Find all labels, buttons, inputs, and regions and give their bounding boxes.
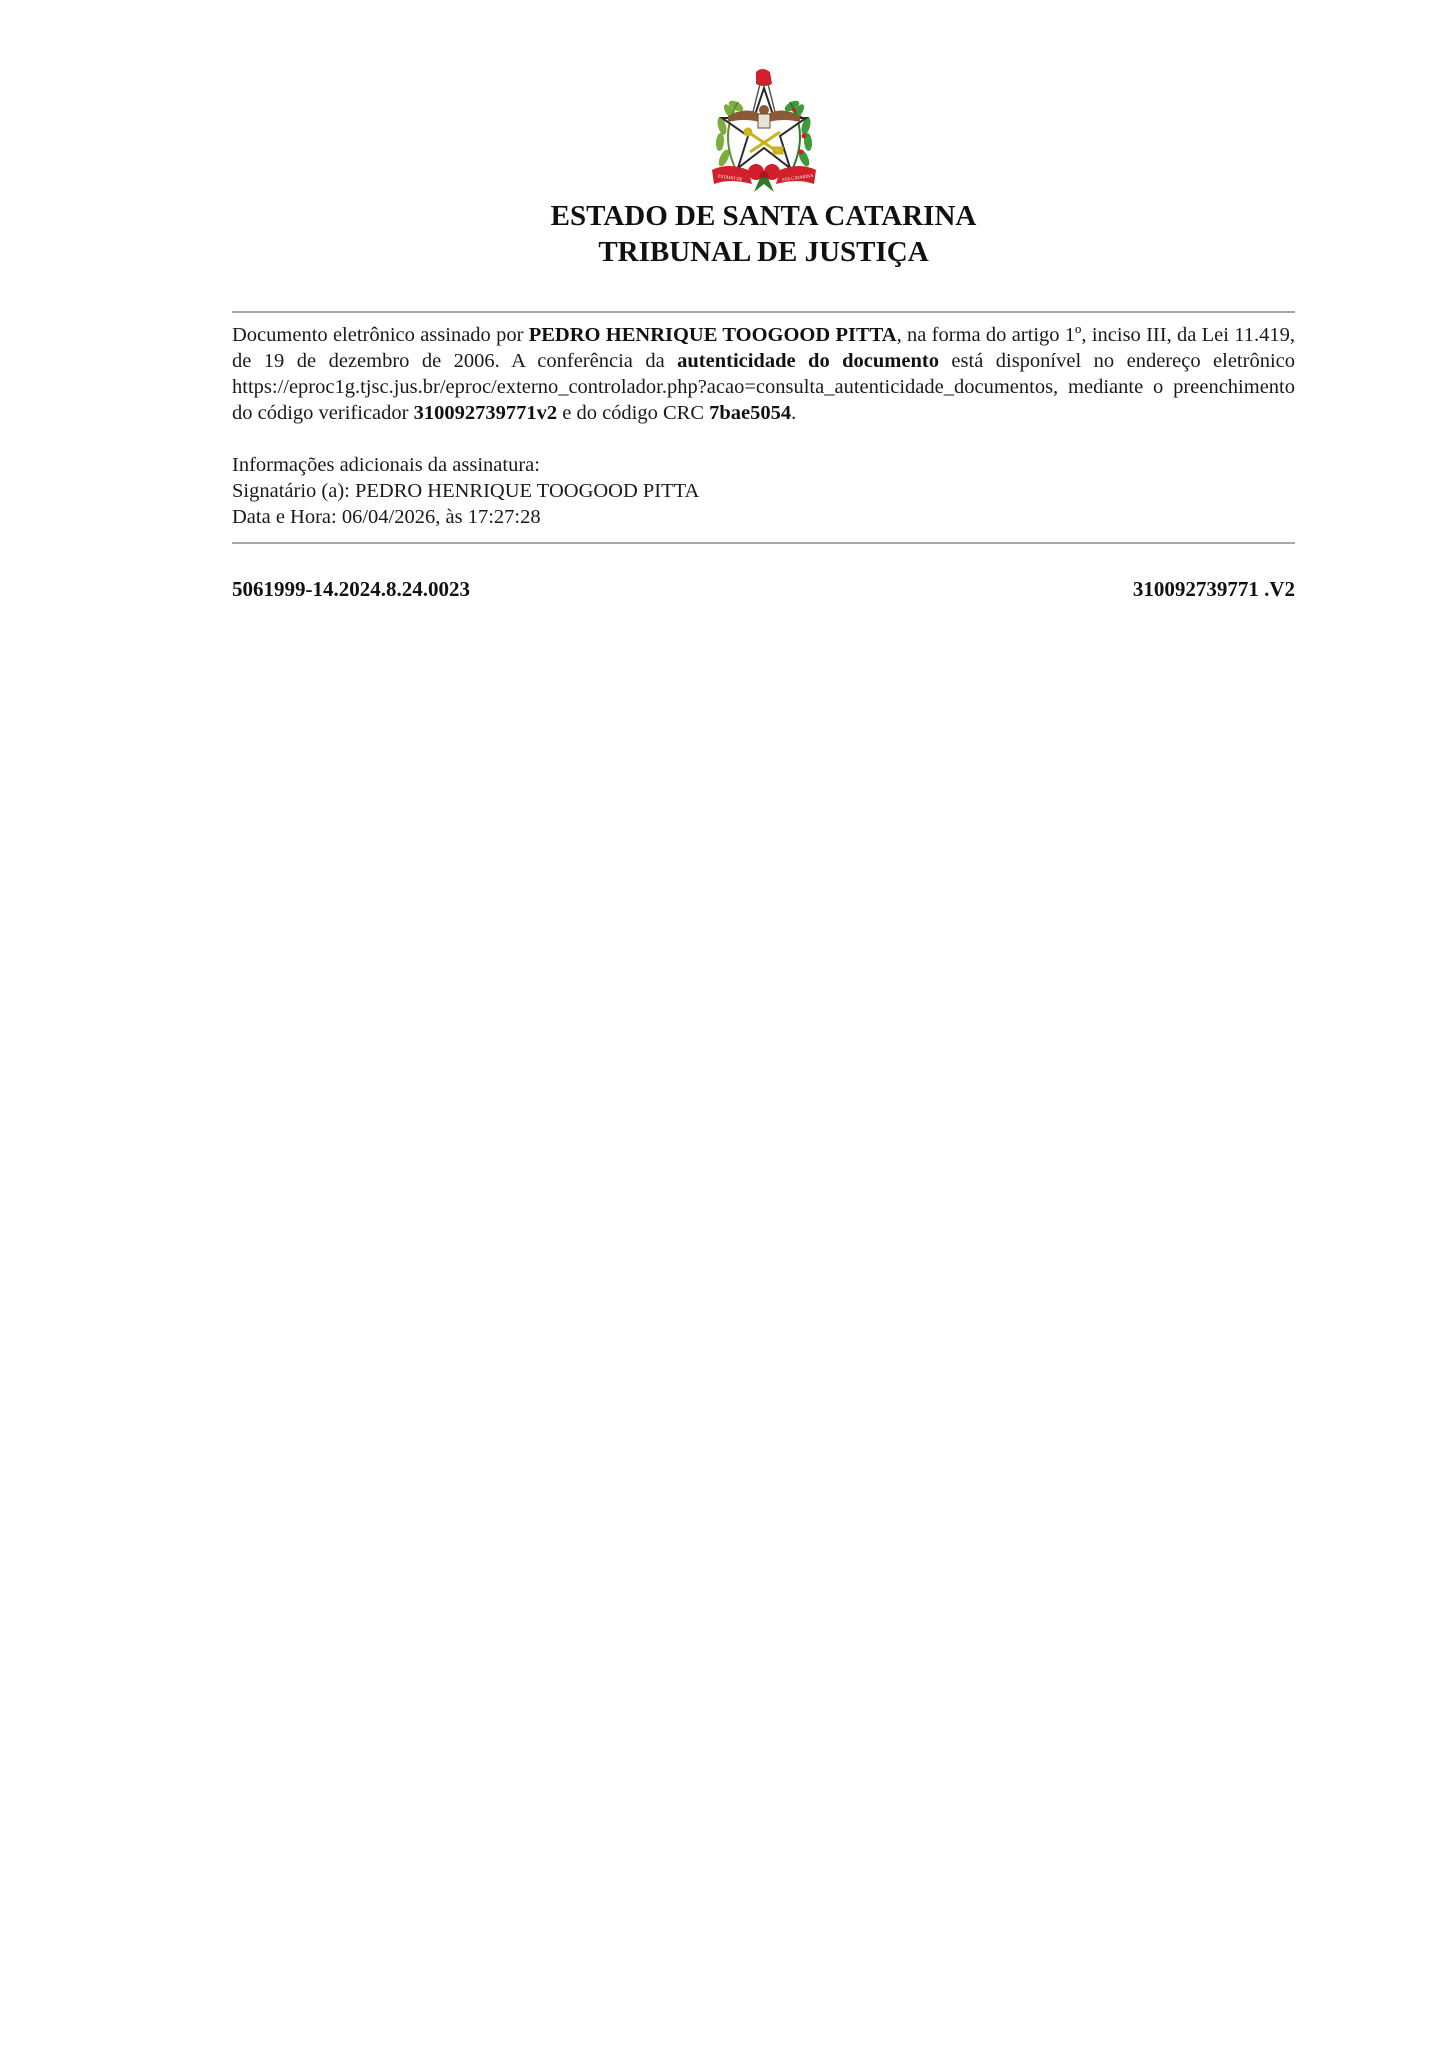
additional-signature-info: Informações adicionais da assinatura: Si… (232, 452, 699, 530)
notice-text-1: Documento eletrônico assinado por (232, 324, 529, 346)
additional-info-title: Informações adicionais da assinatura: (232, 452, 699, 478)
notice-text-4: e do código CRC (557, 402, 709, 424)
document-heading: ESTADO DE SANTA CATARINA TRIBUNAL DE JUS… (232, 198, 1295, 270)
signer-name: PEDRO HENRIQUE TOOGOOD PITTA (529, 324, 897, 346)
crc-code: 7bae5054 (709, 402, 791, 424)
phrygian-cap (756, 69, 772, 86)
signature-notice: Documento eletrônico assinado por PEDRO … (232, 322, 1295, 426)
document-code: 310092739771 .V2 (1133, 577, 1295, 602)
ribbon: ESTADO DE STA CATARINA (712, 164, 816, 192)
notice-text-5: . (791, 402, 796, 424)
santa-catarina-coat-of-arms-icon: ESTADO DE STA CATARINA (708, 66, 820, 194)
process-number: 5061999-14.2024.8.24.0023 (232, 577, 470, 602)
heading-state: ESTADO DE SANTA CATARINA (232, 198, 1295, 234)
datetime-line: Data e Hora: 06/04/2026, às 17:27:28 (232, 504, 699, 530)
divider-top (232, 311, 1295, 313)
heading-court: TRIBUNAL DE JUSTIÇA (232, 234, 1295, 270)
signer-line: Signatário (a): PEDRO HENRIQUE TOOGOOD P… (232, 478, 699, 504)
authenticity-label: autenticidade do documento (677, 350, 939, 372)
verifier-code: 310092739771v2 (414, 402, 558, 424)
document-footer: 5061999-14.2024.8.24.0023 310092739771 .… (232, 577, 1295, 602)
divider-bottom (232, 542, 1295, 544)
